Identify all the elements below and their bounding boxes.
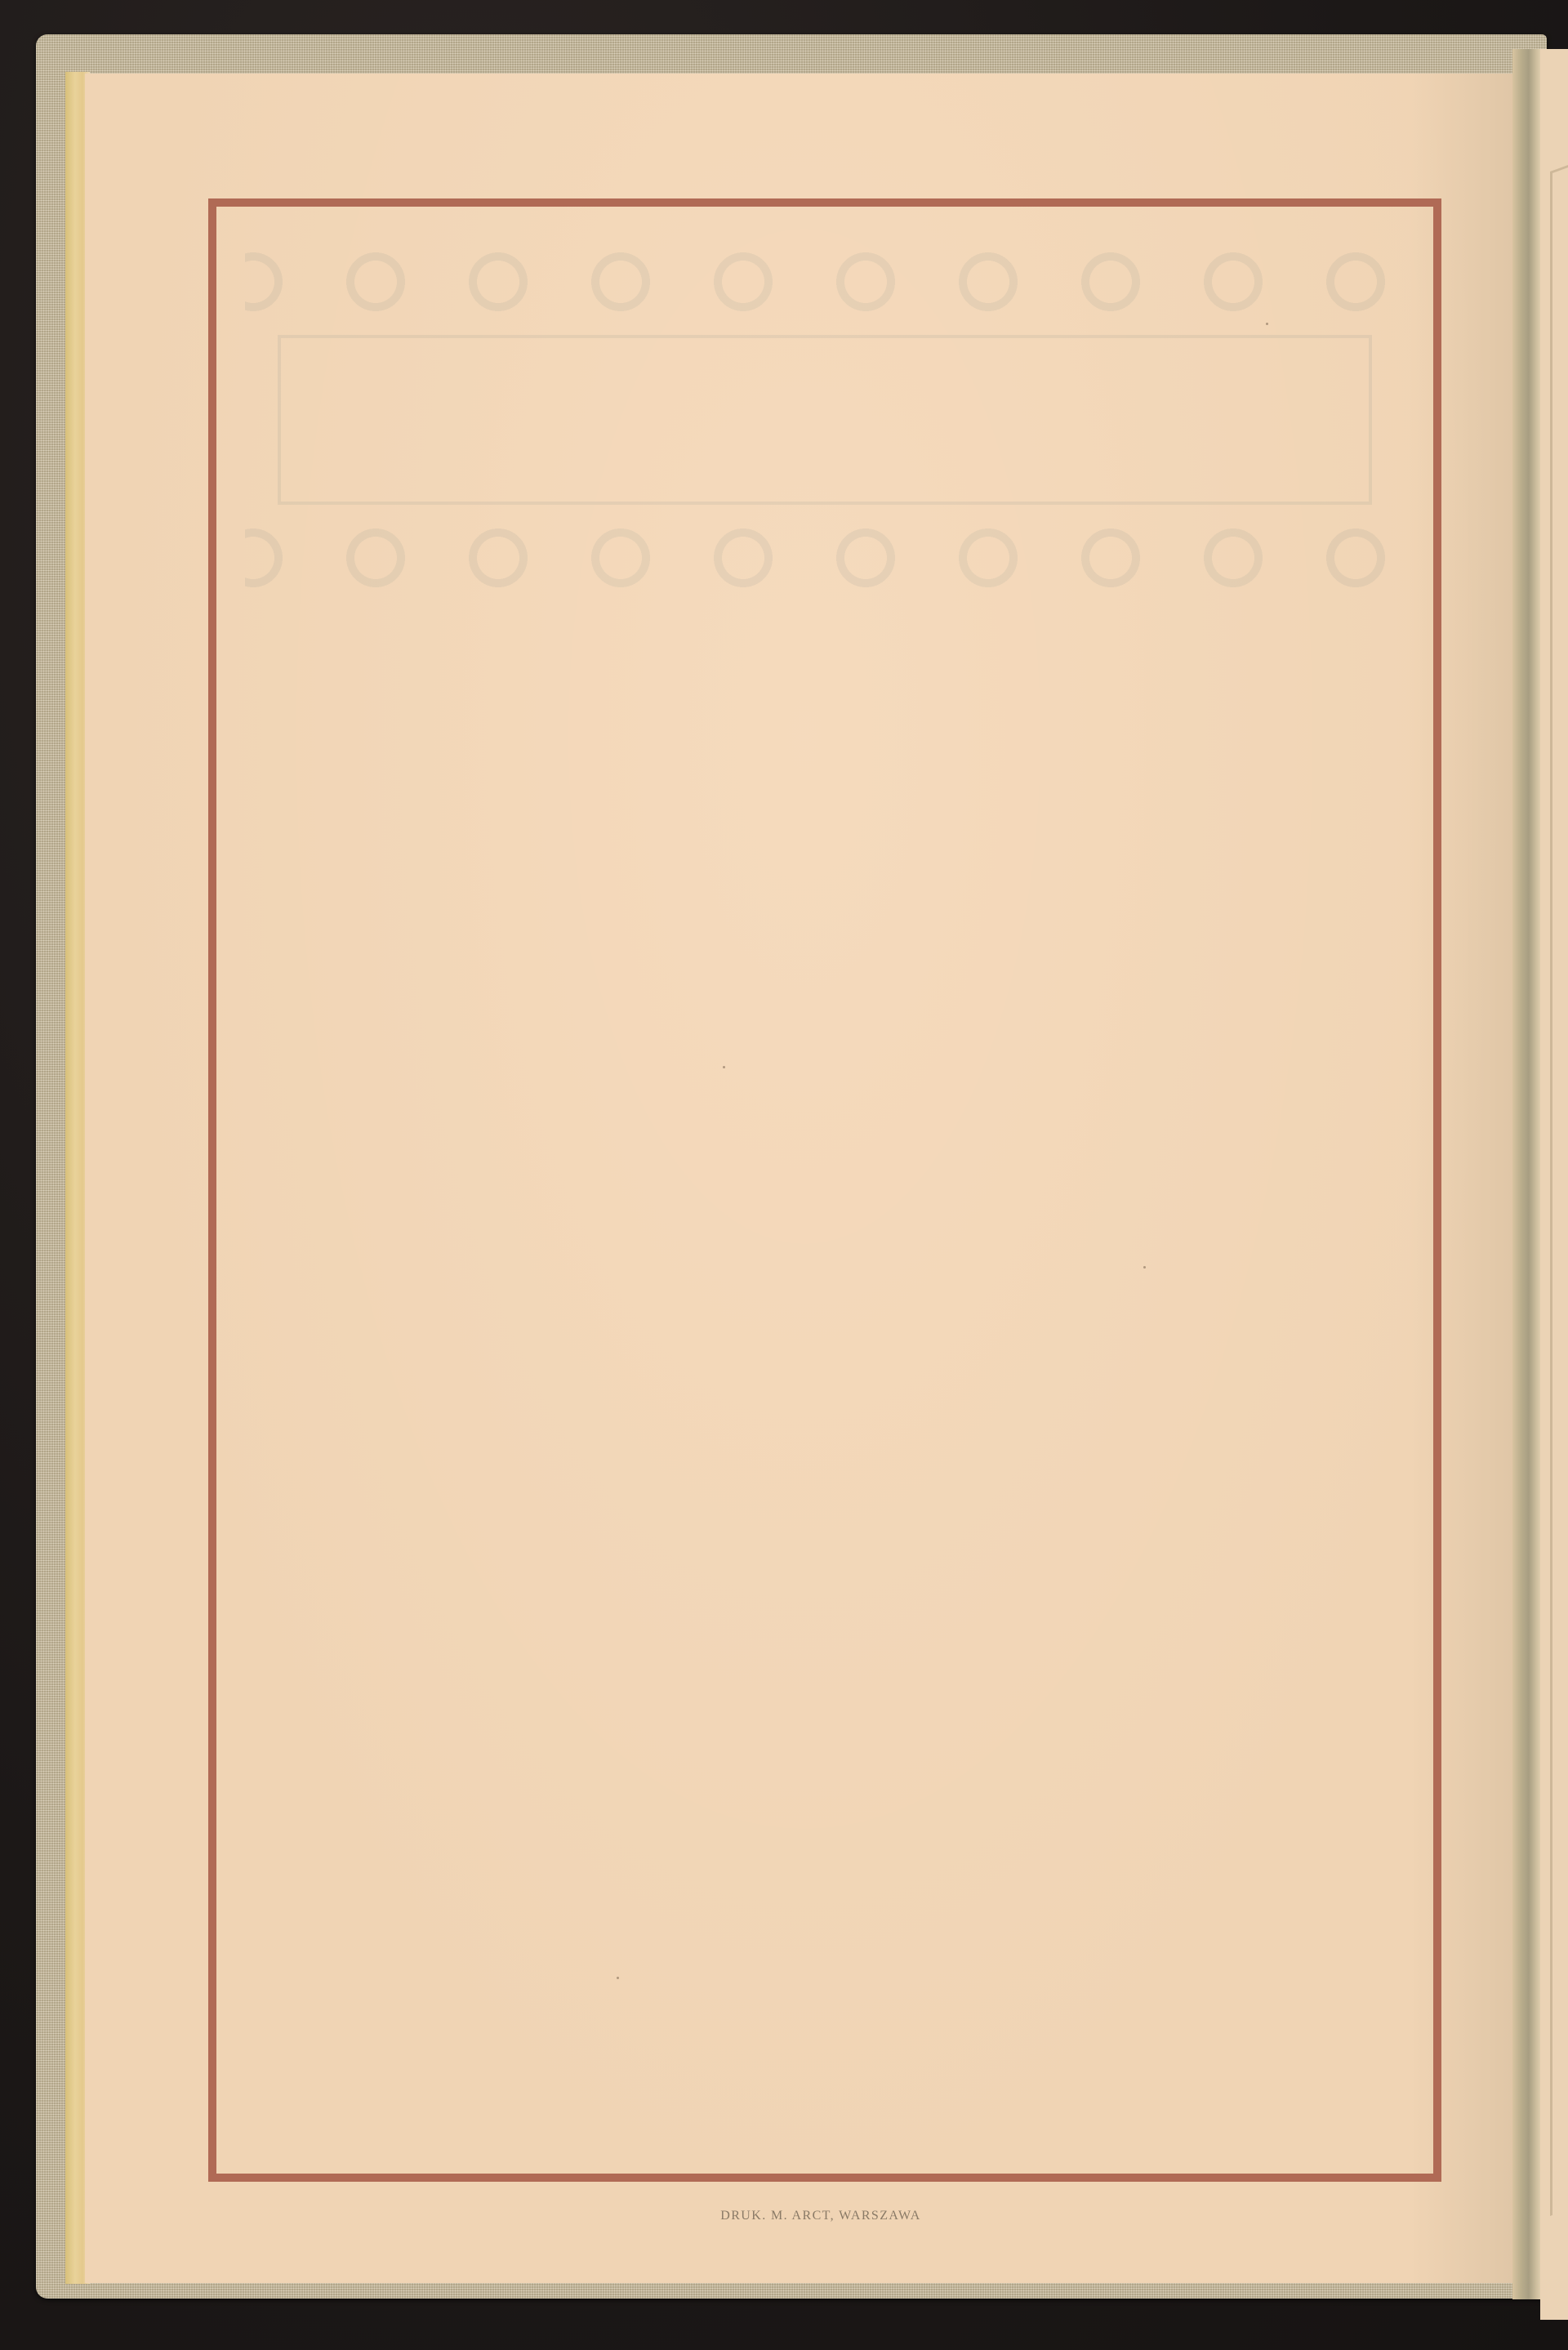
paper-speck <box>1266 323 1268 325</box>
book-gutter <box>1512 49 1542 2299</box>
decorative-frame <box>208 198 1441 2182</box>
paper-speck <box>723 1066 725 1068</box>
paper-speck <box>1143 1266 1146 1269</box>
printer-imprint: DRUK. M. ARCT, WARSZAWA <box>0 2209 1568 2223</box>
facing-page-frame <box>1550 153 1568 2216</box>
facing-page-edge <box>1540 49 1568 2320</box>
paper-speck <box>617 1977 619 1979</box>
